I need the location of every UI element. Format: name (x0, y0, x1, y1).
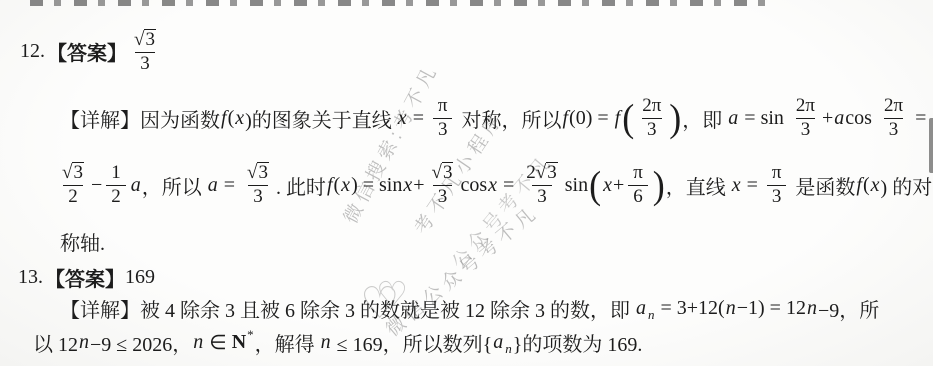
subscript: n (505, 341, 512, 357)
text-run: ) 的对 (881, 171, 933, 200)
denominator: 3 (433, 185, 453, 208)
variable: n (320, 331, 332, 354)
variable: x (870, 174, 881, 197)
text-run: = (498, 174, 519, 197)
variable: x (402, 174, 413, 197)
denominator: 3 (433, 118, 453, 141)
answer-value-fraction: √33 (127, 28, 163, 74)
text-run: cos (845, 107, 877, 130)
text-run: . 此时 (276, 171, 326, 200)
numerator: 2π (639, 96, 664, 118)
variable: f (855, 174, 863, 197)
big-paren: ( (589, 168, 601, 203)
text-run: }的项数为 169. (513, 328, 643, 357)
numerator: √3 (59, 162, 87, 185)
text-run: 【详解】被 4 除余 3 且被 6 除余 3 的数就是被 12 除余 3 的数，… (60, 294, 635, 323)
numerator: 2π (793, 96, 818, 118)
variable: f (326, 174, 334, 197)
fraction: 2π3 (639, 96, 664, 140)
answer-value: 169 (125, 266, 155, 289)
variable: x (397, 107, 408, 130)
variable: x (602, 174, 613, 197)
denominator: 2 (106, 185, 126, 208)
text-run: = (219, 174, 240, 197)
variable: a (130, 174, 142, 197)
radical-sign: √ (134, 30, 144, 51)
variable: a (727, 107, 739, 130)
text-run: = 3+12( (656, 297, 725, 320)
fraction: √33 (429, 162, 457, 207)
big-paren: ( (622, 101, 634, 136)
text-run: 以 12 (33, 328, 78, 357)
fraction: 2π3 (881, 96, 906, 140)
text-run: 【详解】因为函数 (60, 104, 220, 133)
numerator: π (630, 163, 646, 185)
detail-line: √32−12a，所以 a = √33. 此时f(x) = sinx+√33cos… (55, 152, 932, 218)
fraction: π3 (767, 163, 787, 207)
denominator: 3 (135, 52, 155, 75)
text-run: 称轴. (60, 227, 105, 256)
variable: f (614, 107, 622, 130)
numerator: 2√3 (523, 162, 560, 185)
text-run: ，即 (682, 104, 727, 133)
fraction: 12 (106, 163, 126, 207)
denominator: 3 (532, 185, 552, 208)
numerator: 2π (881, 96, 906, 118)
text-run: + (413, 174, 424, 197)
bold-symbol: N (232, 331, 246, 354)
text-run: + (822, 107, 833, 130)
variable: a (635, 297, 647, 320)
text-run: ，所以 (142, 171, 207, 200)
radicand: 3 (546, 162, 558, 184)
fraction: 2√33 (523, 162, 560, 207)
text-run: = (742, 174, 763, 197)
text-run: 是函数 (790, 171, 855, 200)
variable: f (220, 107, 228, 130)
numerator: √3 (131, 29, 159, 52)
answer-row-12: 12. 【答案】 √33 (20, 28, 163, 74)
text-run: ，直线 (666, 171, 731, 200)
variable: f (561, 107, 569, 130)
numerator: π (435, 96, 451, 118)
radical-sign: √ (536, 163, 546, 184)
variable: x (487, 174, 498, 197)
variable: a (492, 331, 504, 354)
denominator: 3 (248, 185, 268, 208)
text-run: cos (460, 174, 487, 197)
numerator: √3 (429, 162, 457, 185)
fraction: √33 (131, 29, 159, 74)
text-run: + (613, 174, 624, 197)
numerator: √3 (244, 162, 272, 185)
detail-line: 【详解】因为函数f(x)的图象关于直线 x = π3 对称，所以f(0) = f… (60, 92, 926, 144)
fraction: √33 (244, 162, 272, 207)
text-run: ( (863, 174, 870, 197)
text-run: −1) = 12 (737, 297, 806, 320)
detail-line: 称轴. (60, 227, 105, 255)
variable: n (725, 297, 737, 320)
denominator: 2 (63, 185, 83, 208)
answer-label: 【答案】 (47, 37, 127, 66)
text-run: sin (565, 174, 588, 197)
text-run: = (408, 107, 429, 130)
text-run: (0) = (569, 107, 614, 130)
variable: x (234, 107, 245, 130)
text-run: ( (334, 174, 341, 197)
numerator: π (769, 163, 785, 185)
fraction: π6 (628, 163, 648, 207)
denominator: 6 (628, 185, 648, 208)
variable: n (78, 331, 90, 354)
radicand: 3 (442, 162, 454, 184)
variable: n (806, 297, 818, 320)
big-paren: ) (653, 168, 665, 203)
text-run: ∈ (204, 330, 231, 355)
text-run: −9，所 (818, 294, 879, 323)
text-run: ，解得 (255, 328, 320, 357)
text-run: = sin (739, 107, 789, 130)
denominator: 3 (767, 185, 787, 208)
text-run: −9 ≤ 2026， (90, 328, 192, 357)
fraction: 2π3 (793, 96, 818, 140)
radicand: 3 (144, 29, 156, 51)
text-run: ) = sin (351, 174, 402, 197)
radicand: 3 (72, 162, 84, 184)
denominator: 3 (642, 118, 662, 141)
scan-edge-artifact (929, 118, 933, 173)
variable: x (340, 174, 351, 197)
variable: x (731, 174, 742, 197)
variable: n (192, 331, 204, 354)
variable: a (833, 107, 845, 130)
text-run: ≤ 169，所以数列{ (332, 328, 493, 357)
fraction: π3 (433, 96, 453, 140)
variable: a (207, 174, 219, 197)
detail-line: 以 12n−9 ≤ 2026，n ∈ N*，解得 n ≤ 169，所以数列{an… (33, 327, 642, 357)
denominator: 3 (884, 118, 904, 141)
text-run: − (91, 174, 102, 197)
big-paren: ) (669, 101, 681, 136)
text-run: ( (228, 107, 235, 130)
radical-sign: √ (62, 163, 72, 184)
radical-sign: √ (247, 163, 257, 184)
text-run: 对称，所以 (456, 104, 561, 133)
fraction: √32 (59, 162, 87, 207)
superscript: * (247, 327, 254, 343)
detail-line: 【详解】被 4 除余 3 且被 6 除余 3 的数就是被 12 除余 3 的数，… (60, 293, 879, 323)
question-number: 13. (18, 266, 43, 289)
numerator: 1 (108, 163, 124, 185)
subscript: n (648, 307, 655, 323)
answer-label: 【答案】 (45, 263, 125, 292)
question-number: 12. (20, 40, 45, 63)
denominator: 3 (796, 118, 816, 141)
radical-sign: √ (432, 163, 442, 184)
answer-row-13: 13. 【答案】 169 (18, 262, 155, 292)
clipped-text-remnant (30, 0, 770, 6)
text-run: )的图象关于直线 (245, 104, 397, 133)
text-run: = (910, 107, 926, 130)
radicand: 3 (257, 162, 269, 184)
